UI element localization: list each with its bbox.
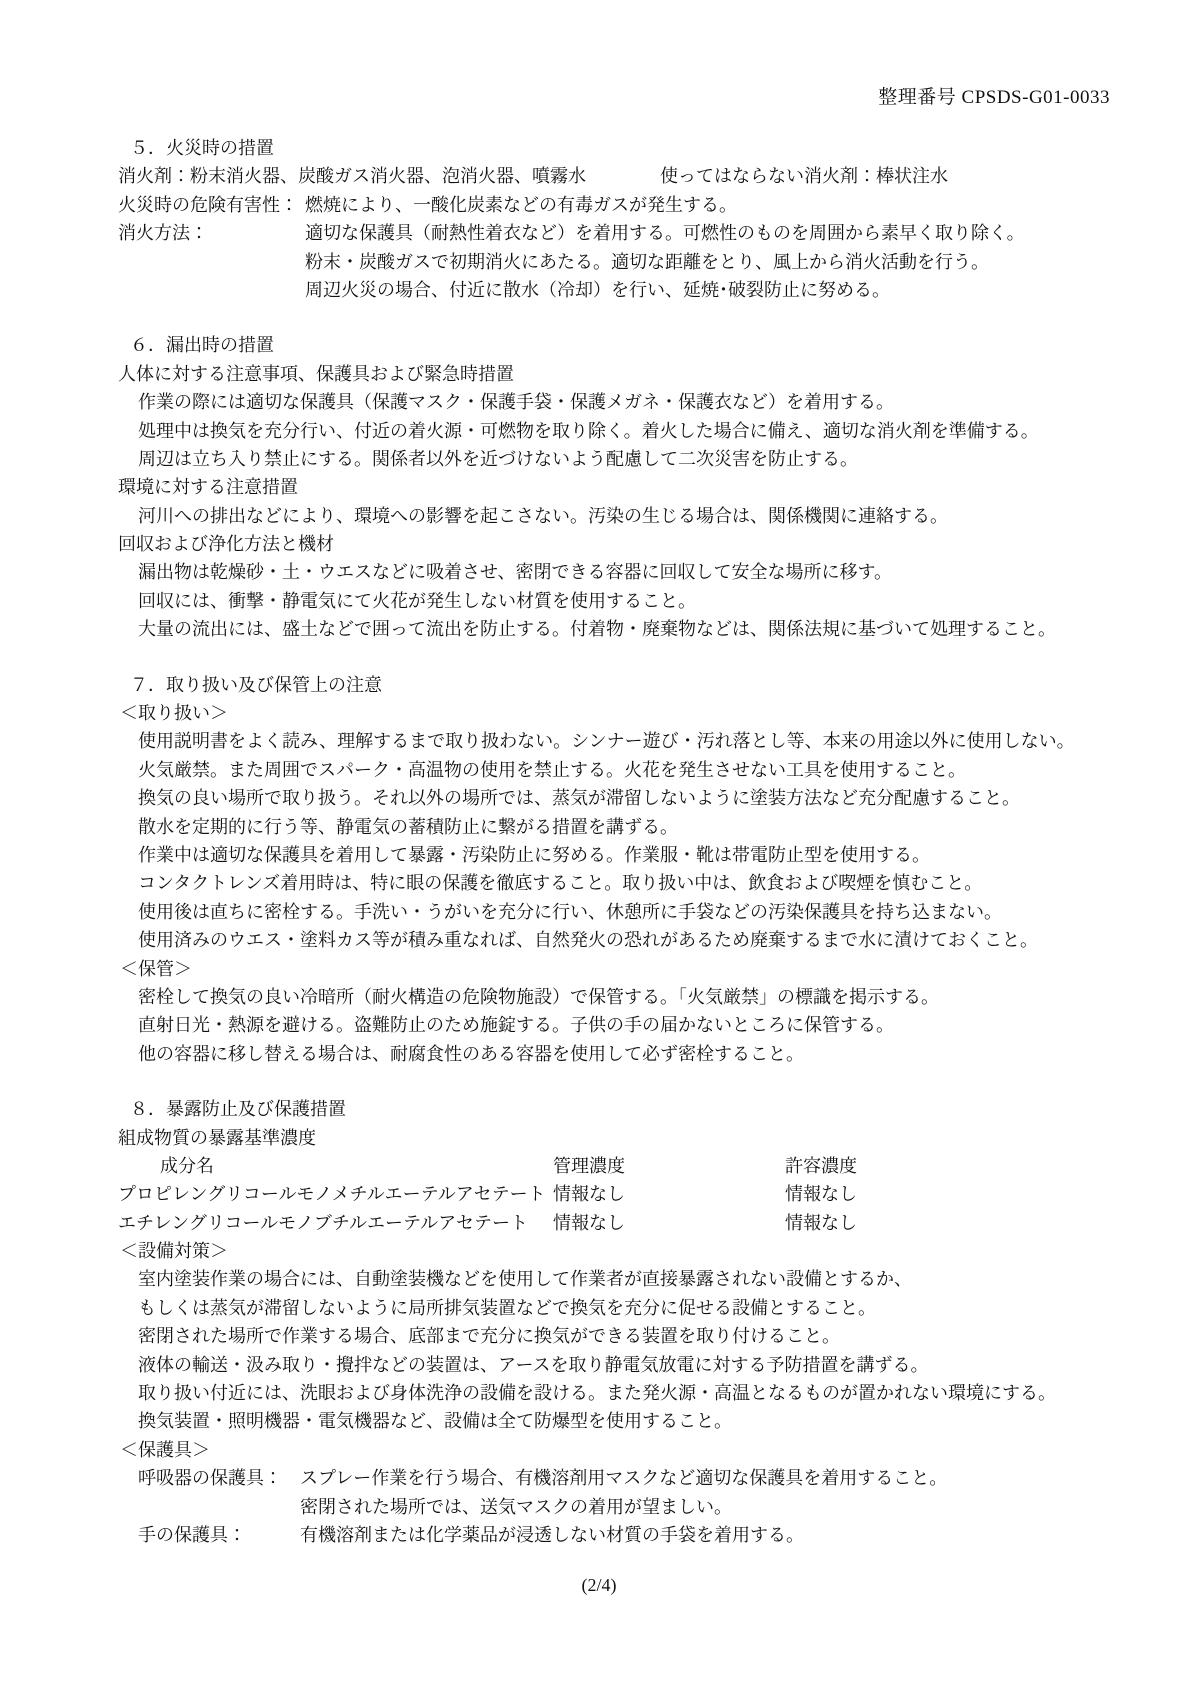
handling-heading: ＜取り扱い＞ bbox=[0, 699, 1138, 727]
hand-protection-line: 手の保護具： 有機溶剤または化学薬品が浸透しない材質の手袋を着用する。 bbox=[0, 1521, 1138, 1549]
handling-line: 使用後は直ちに密栓する。手洗い・うがいを充分に行い、休憩所に手袋などの汚染保護具… bbox=[0, 898, 1138, 926]
storage-line: 直射日光・熱源を避ける。盗難防止のため施錠する。子供の手の届かないところに保管す… bbox=[0, 1011, 1138, 1039]
facility-measures-line: もしくは蒸気が滞留しないように局所排気装置などで換気を充分に促せる設備とすること… bbox=[0, 1294, 1138, 1322]
facility-measures-line: 室内塗装作業の場合には、自動塗装機などを使用して作業者が直接暴露されない設備とす… bbox=[0, 1265, 1138, 1293]
human-precautions-line: 作業の際には適切な保護具（保護マスク・保護手袋・保護メガネ・保護衣など）を着用す… bbox=[0, 388, 1138, 416]
extinguishing-agents: 消火剤：粉末消火器、炭酸ガス消火器、泡消火器、噴霧水 bbox=[118, 166, 586, 186]
fire-hazard-value: 燃焼により、一酸化炭素などの有毒ガスが発生する。 bbox=[305, 191, 737, 219]
exposure-table-header: 成分名 管理濃度 許容濃度 bbox=[0, 1152, 1138, 1180]
exposure-table-row: エチレングリコールモノブチルエーテルアセテート 情報なし 情報なし bbox=[0, 1209, 1138, 1237]
handling-line: コンタクトレンズ着用時は、特に眼の保護を徹底すること。取り扱い中は、飲食および喫… bbox=[0, 869, 1138, 897]
facility-measures-line: 密閉された場所で作業する場合、底部まで充分に換気ができる装置を取り付けること。 bbox=[0, 1322, 1138, 1350]
hand-protection-value: 有機溶剤または化学薬品が浸透しない材質の手袋を着用する。 bbox=[300, 1521, 804, 1549]
component-name: エチレングリコールモノブチルエーテルアセテート bbox=[118, 1213, 528, 1233]
column-permissible-concentration: 許容濃度 bbox=[785, 1152, 857, 1180]
page-content: ５．火災時の措置 消火剤：粉末消火器、炭酸ガス消火器、泡消火器、噴霧水 使っては… bbox=[0, 134, 1138, 1549]
section5-title: ５．火災時の措置 bbox=[0, 134, 1138, 162]
facility-measures-heading: ＜設備対策＞ bbox=[0, 1237, 1138, 1265]
handling-line: 換気の良い場所で取り扱う。それ以外の場所では、蒸気が滞留しないように塗装方法など… bbox=[0, 784, 1138, 812]
sds-page-2: 整理番号 CPSDS-G01-0033 ５．火災時の措置 消火剤：粉末消火器、炭… bbox=[0, 0, 1198, 1698]
section8-title: ８．暴露防止及び保護措置 bbox=[0, 1095, 1138, 1123]
extinguishing-agents-line: 消火剤：粉末消火器、炭酸ガス消火器、泡消火器、噴霧水 使ってはならない消火剤：棒… bbox=[0, 162, 1138, 190]
fire-hazard-label: 火災時の危険有害性： bbox=[118, 195, 298, 215]
column-control-concentration: 管理濃度 bbox=[553, 1152, 625, 1180]
doc-number: 整理番号 CPSDS-G01-0033 bbox=[878, 82, 1110, 109]
recovery-methods-line: 大量の流出には、盛土などで囲って流出を防止する。付着物・廃棄物などは、関係法規に… bbox=[0, 615, 1138, 643]
extinguishing-method-label: 消火方法： bbox=[118, 223, 208, 243]
facility-measures-line: 取り扱い付近には、洗眼および身体洗浄の設備を設ける。また発火源・高温となるものが… bbox=[0, 1379, 1138, 1407]
prohibited-agents: 使ってはならない消火剤：棒状注水 bbox=[660, 162, 948, 190]
extinguishing-method-line-3: 周辺火災の場合、付近に散水（冷却）を行い、延焼･破裂防止に努める。 bbox=[0, 276, 1138, 304]
environment-precautions-line: 河川への排出などにより、環境への影響を起こさない。汚染の生じる場合は、関係機関に… bbox=[0, 502, 1138, 530]
storage-line: 密栓して換気の良い冷暗所（耐火構造の危険物施設）で保管する。「火気厳禁」の標識を… bbox=[0, 983, 1138, 1011]
facility-measures-line: 液体の輸送・汲み取り・攪拌などの装置は、アースを取り静電気放電に対する予防措置を… bbox=[0, 1351, 1138, 1379]
handling-line: 使用済みのウエス・塗料カス等が積み重なれば、自然発火の恐れがあるため廃棄するまで… bbox=[0, 926, 1138, 954]
exposure-limits-heading: 組成物質の暴露基準濃度 bbox=[0, 1124, 1138, 1152]
respirator-protection-value-1: スプレー作業を行う場合、有機溶剤用マスクなど適切な保護具を着用すること。 bbox=[300, 1464, 947, 1492]
fire-hazard-line: 火災時の危険有害性： 燃焼により、一酸化炭素などの有毒ガスが発生する。 bbox=[0, 191, 1138, 219]
extinguishing-method-line-1: 消火方法： 適切な保護具（耐熱性着衣など）を着用する。可燃性のものを周囲から素早… bbox=[0, 219, 1138, 247]
handling-line: 散水を定期的に行う等、静電気の蓄積防止に繋がる措置を講ずる。 bbox=[0, 813, 1138, 841]
respirator-protection-line-1: 呼吸器の保護具： スプレー作業を行う場合、有機溶剤用マスクなど適切な保護具を着用… bbox=[0, 1464, 1138, 1492]
extinguishing-method-line-2: 粉末・炭酸ガスで初期消火にあたる。適切な距離をとり、風上から消火活動を行う。 bbox=[0, 248, 1138, 276]
handling-line: 火気厳禁。また周囲でスパーク・高温物の使用を禁止する。火花を発生させない工具を使… bbox=[0, 756, 1138, 784]
respirator-protection-line-2: 密閉された場所では、送気マスクの着用が望ましい。 bbox=[0, 1493, 1138, 1521]
control-concentration: 情報なし bbox=[553, 1209, 625, 1237]
recovery-methods-heading: 回収および浄化方法と機材 bbox=[0, 530, 1138, 558]
respirator-protection-label: 呼吸器の保護具： bbox=[138, 1468, 282, 1488]
exposure-table-row: プロピレングリコールモノメチルエーテルアセテート 情報なし 情報なし bbox=[0, 1180, 1138, 1208]
facility-measures-line: 換気装置・照明機器・電気機器など、設備は全て防爆型を使用すること。 bbox=[0, 1407, 1138, 1435]
human-precautions-line: 周辺は立ち入り禁止にする。関係者以外を近づけないよう配慮して二次災害を防止する。 bbox=[0, 445, 1138, 473]
protective-equipment-heading: ＜保護具＞ bbox=[0, 1436, 1138, 1464]
column-component-name: 成分名 bbox=[160, 1156, 214, 1176]
section6-title: ６．漏出時の措置 bbox=[0, 331, 1138, 359]
handling-line: 使用説明書をよく読み、理解するまで取り扱わない。シンナー遊び・汚れ落とし等、本来… bbox=[0, 727, 1138, 755]
page-number: (2/4) bbox=[0, 1571, 1198, 1599]
permissible-concentration: 情報なし bbox=[785, 1180, 857, 1208]
environment-precautions-heading: 環境に対する注意措置 bbox=[0, 473, 1138, 501]
recovery-methods-line: 漏出物は乾燥砂・土・ウエスなどに吸着させ、密閉できる容器に回収して安全な場所に移… bbox=[0, 558, 1138, 586]
section7-title: ７．取り扱い及び保管上の注意 bbox=[0, 671, 1138, 699]
handling-line: 作業中は適切な保護具を着用して暴露・汚染防止に努める。作業服・靴は帯電防止型を使… bbox=[0, 841, 1138, 869]
human-precautions-heading: 人体に対する注意事項、保護具および緊急時措置 bbox=[0, 360, 1138, 388]
hand-protection-label: 手の保護具： bbox=[138, 1525, 246, 1545]
component-name: プロピレングリコールモノメチルエーテルアセテート bbox=[118, 1184, 546, 1204]
storage-line: 他の容器に移し替える場合は、耐腐食性のある容器を使用して必ず密栓すること。 bbox=[0, 1040, 1138, 1068]
recovery-methods-line: 回収には、衝撃・静電気にて火花が発生しない材質を使用すること。 bbox=[0, 587, 1138, 615]
storage-heading: ＜保管＞ bbox=[0, 955, 1138, 983]
control-concentration: 情報なし bbox=[553, 1180, 625, 1208]
extinguishing-method-value-1: 適切な保護具（耐熱性着衣など）を着用する。可燃性のものを周囲から素早く取り除く。 bbox=[305, 219, 1025, 247]
permissible-concentration: 情報なし bbox=[785, 1209, 857, 1237]
human-precautions-line: 処理中は換気を充分行い、付近の着火源・可燃物を取り除く。着火した場合に備え、適切… bbox=[0, 417, 1138, 445]
